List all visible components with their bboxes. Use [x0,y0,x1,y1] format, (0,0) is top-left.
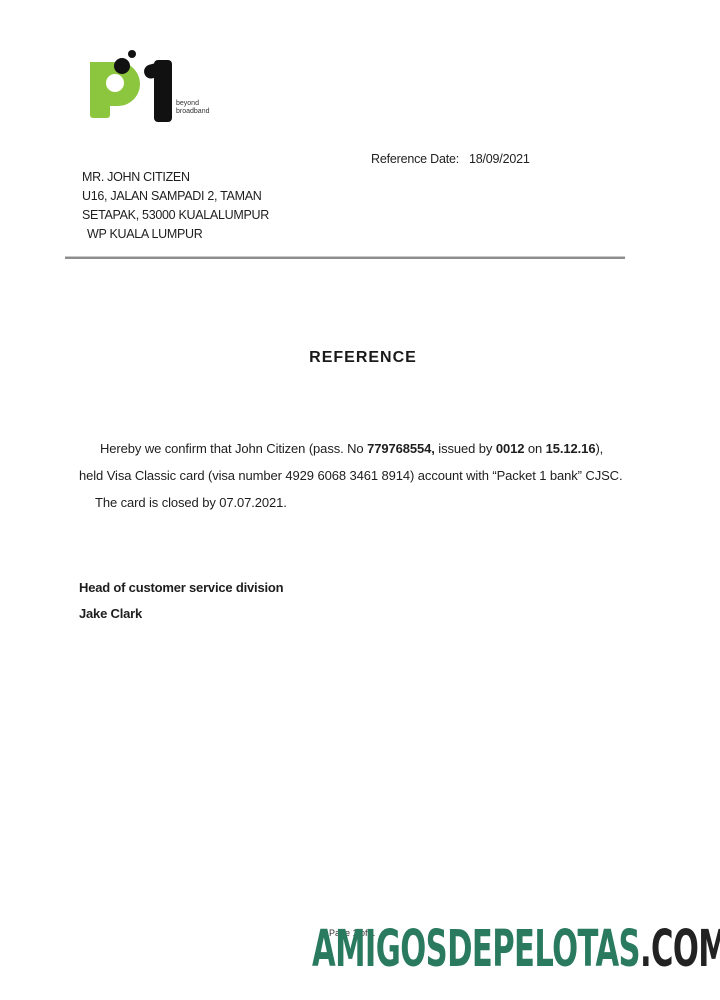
address-line-3: WP KUALA LUMPUR [82,225,269,244]
logo-dot-small [128,50,136,58]
document-title: REFERENCE [0,349,720,367]
logo-dot-large [114,58,130,74]
passport-number: 779768554, [367,441,435,456]
body-line-1: Hereby we confirm that John Citizen (pas… [100,441,603,456]
watermark: AMIGOSDEPELOTAS.COM [312,920,720,980]
signatory-title: Head of customer service division [79,580,283,595]
card-number: 4929 6068 3461 8914 [285,468,410,483]
logo-numeral-one [144,60,172,122]
reference-date-value: 18/09/2021 [469,152,530,166]
reference-date: Reference Date:18/09/2021 [371,152,530,166]
body-line-2: held Visa Classic card (visa number 4929… [79,468,622,483]
header-divider [65,256,625,259]
issue-date: 15.12.16 [546,441,596,456]
watermark-tld: .COM [640,920,720,979]
issuer-code: 0012 [496,441,525,456]
logo-p-counter [106,74,124,92]
recipient-address: MR. JOHN CITIZEN U16, JALAN SAMPADI 2, T… [82,168,269,244]
body-line-3: The card is closed by 07.07.2021. [95,495,287,510]
logo-tagline: beyond broadband [176,100,209,116]
company-logo: beyond broadband [88,48,228,128]
address-line-1: U16, JALAN SAMPADI 2, TAMAN [82,187,269,206]
watermark-main: AMIGOSDEPELOTAS [312,920,640,979]
reference-date-label: Reference Date: [371,152,459,166]
signatory-name: Jake Clark [79,606,142,621]
recipient-name: MR. JOHN CITIZEN [82,168,269,187]
address-line-2: SETAPAK, 53000 KUALALUMPUR [82,206,269,225]
